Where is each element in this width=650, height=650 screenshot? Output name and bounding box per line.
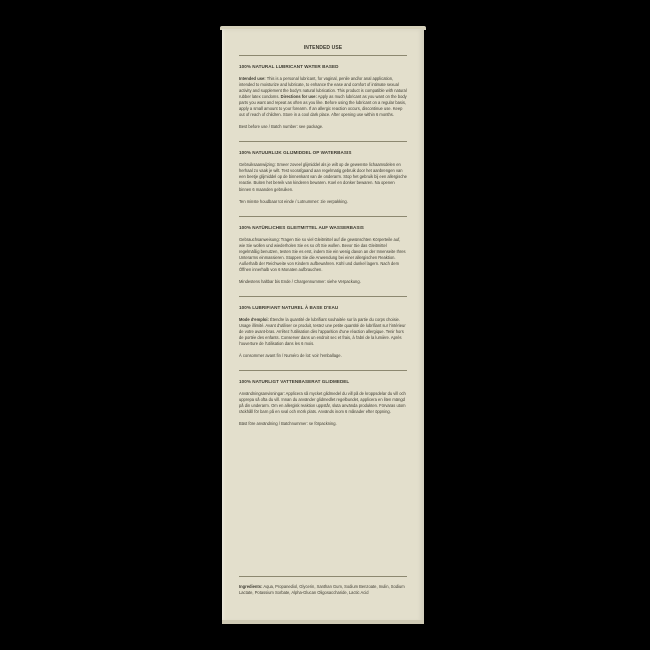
best-before-text: Bäst före användning / Batchnummer: se f… <box>239 421 407 427</box>
best-before-text: Mindestens haltbar bis Ende / Chargennum… <box>239 279 407 285</box>
intended-use-heading: INTENDED USE <box>239 45 407 55</box>
section-2: 100% NATÜRLICHES GLEITMITTEL AUF WASSERB… <box>239 217 407 297</box>
section-body: Användningsanvisningar: Applicera så myc… <box>239 391 407 415</box>
section-body: Gebruiksaanwijzing: Smeer zoveel glijmid… <box>239 162 407 192</box>
section-0: 100% NATURAL LUBRICANT WATER BASEDIntend… <box>239 56 407 142</box>
section-1: 100% NATUURLIJK GLIJMIDDEL OP WATERBASIS… <box>239 142 407 216</box>
body-text: Gebrauchsanweisung: Tragen Sie so viel G… <box>239 237 406 272</box>
section-body: Intended use: This is a personal lubrica… <box>239 76 407 118</box>
label-content: INTENDED USE 100% NATURAL LUBRICANT WATE… <box>239 29 407 438</box>
section-4: 100% NATURLIGT VATTENBASERAT GLIDMEDELAn… <box>239 371 407 427</box>
section-title: 100% LUBRIFIANT NATUREL À BASE D'EAU <box>239 305 407 310</box>
section-3: 100% LUBRIFIANT NATUREL À BASE D'EAUMode… <box>239 297 407 371</box>
section-title: 100% NATUURLIJK GLIJMIDDEL OP WATERBASIS <box>239 150 407 155</box>
body-text: Användningsanvisningar: Applicera så myc… <box>239 391 406 414</box>
best-before-text: Best before use / Batch number: see pack… <box>239 124 407 130</box>
body-text: Gebruiksaanwijzing: Smeer zoveel glijmid… <box>239 162 407 191</box>
product-box-back: INTENDED USE 100% NATURAL LUBRICANT WATE… <box>222 29 424 622</box>
ingredients-list: Aqua, Propanediol, Glycerin, Xanthan Gum… <box>239 584 405 595</box>
label-intended: Intended use: <box>239 76 266 81</box>
label-intended: Mode d'emploi: <box>239 317 269 322</box>
ingredients-label: Ingredients: <box>239 584 262 589</box>
language-sections: 100% NATURAL LUBRICANT WATER BASEDIntend… <box>239 56 407 427</box>
ingredients-block: Ingredients: Aqua, Propanediol, Glycerin… <box>239 576 407 596</box>
section-body: Gebrauchsanweisung: Tragen Sie so viel G… <box>239 237 407 273</box>
best-before-text: À consommer avant fin / Numéro de lot: v… <box>239 353 407 359</box>
section-title: 100% NATÜRLICHES GLEITMITTEL AUF WASSERB… <box>239 225 407 230</box>
section-title: 100% NATURLIGT VATTENBASERAT GLIDMEDEL <box>239 379 407 384</box>
ingredients-text: Ingredients: Aqua, Propanediol, Glycerin… <box>239 577 407 596</box>
box-bottom-flap <box>222 620 424 624</box>
best-before-text: Ten minste houdbaar tot einde / Lotnumme… <box>239 199 407 205</box>
section-body: Mode d'emploi: Étendre la quantité de lu… <box>239 317 407 347</box>
section-title: 100% NATURAL LUBRICANT WATER BASED <box>239 64 407 69</box>
label-directions: Directions for use: <box>281 94 317 99</box>
